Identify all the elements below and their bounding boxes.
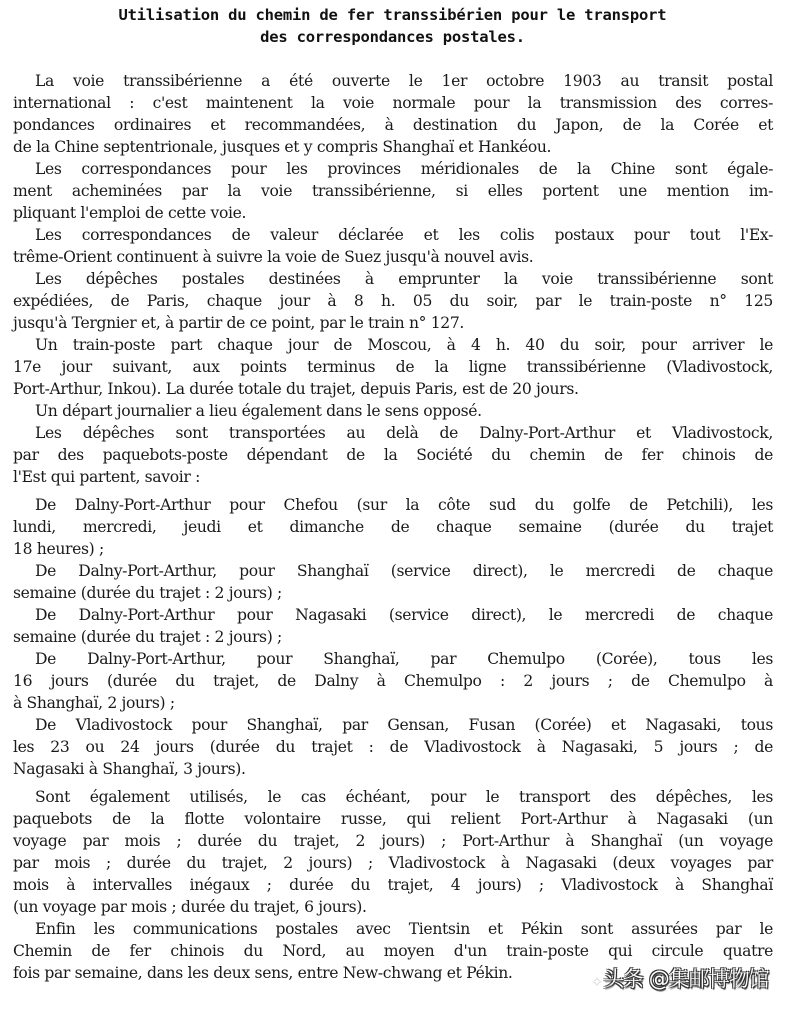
text-line: paquebots de la flotte volontaire russe,… <box>13 808 773 830</box>
text-line: pondances ordinaires et recommandées, à … <box>13 114 773 136</box>
text-line: Les correspondances pour les provinces m… <box>13 158 773 180</box>
text-line: La voie transsibérienne a été ouverte le… <box>13 70 773 92</box>
title-line-2: des correspondances postales. <box>0 26 785 48</box>
text-line: lundi, mercredi, jeudi et dimanche de ch… <box>13 516 773 538</box>
watermark-text: 头条 @集邮博物馆 <box>603 967 769 991</box>
text-line: Les dépêches postales destinées à emprun… <box>13 268 773 290</box>
text-line: De Dalny-Port-Arthur, pour Shanghaï (ser… <box>13 560 773 582</box>
text-line: Un départ journalier a lieu également da… <box>13 400 773 422</box>
text-line: par des paquebots-poste dépendant de la … <box>13 444 773 466</box>
text-line: mois à intervalles inégaux ; durée du tr… <box>13 874 773 896</box>
text-line: voyage par mois ; durée du trajet, 2 jou… <box>13 830 773 852</box>
text-line: De Vladivostock pour Shanghaï, par Gensa… <box>13 714 773 736</box>
text-line: expédiées, de Paris, chaque jour à 8 h. … <box>13 290 773 312</box>
title-line-1: Utilisation du chemin de fer transsibéri… <box>0 4 785 26</box>
text-line: Sont également utilisés, le cas échéant,… <box>13 786 773 808</box>
text-line: semaine (durée du trajet : 2 jours) ; <box>13 582 773 604</box>
text-line: l'Est qui partent, savoir : <box>13 466 773 488</box>
text-line: De Dalny-Port-Arthur pour Chefou (sur la… <box>13 494 773 516</box>
text-line: De Dalny-Port-Arthur, pour Shanghaï, par… <box>13 648 773 670</box>
document-title: Utilisation du chemin de fer transsibéri… <box>0 4 785 48</box>
text-line: (un voyage par mois ; durée du trajet, 6… <box>13 896 773 918</box>
text-line: Port-Arthur, Inkou). La durée totale du … <box>13 378 773 400</box>
text-line: 17e jour suivant, aux points terminus de… <box>13 356 773 378</box>
text-line: trême-Orient continuent à suivre la voie… <box>13 246 773 268</box>
watermark: ✦头条 @集邮博物馆 <box>592 963 769 993</box>
document-body: La voie transsibérienne a été ouverte le… <box>13 70 773 984</box>
text-line: jusqu'à Tergnier et, à partir de ce poin… <box>13 312 773 334</box>
toutiao-logo-icon: ✦ <box>592 975 601 989</box>
text-line: Un train-poste part chaque jour de Mosco… <box>13 334 773 356</box>
text-line: Les correspondances de valeur déclarée e… <box>13 224 773 246</box>
text-line: Nagasaki à Shanghaï, 3 jours). <box>13 758 773 780</box>
text-line: par mois ; durée du trajet, 2 jours) ; V… <box>13 852 773 874</box>
text-line: 16 jours (durée du trajet, de Dalny à Ch… <box>13 670 773 692</box>
text-line: Chemin de fer chinois du Nord, au moyen … <box>13 940 773 962</box>
text-line: ment acheminées par la voie transsibérie… <box>13 180 773 202</box>
text-line: Enfin les communications postales avec T… <box>13 918 773 940</box>
text-line: de la Chine septentrionale, jusques et y… <box>13 136 773 158</box>
text-line: à Shanghaï, 2 jours) ; <box>13 692 773 714</box>
text-line: 18 heures) ; <box>13 538 773 560</box>
text-line: semaine (durée du trajet : 2 jours) ; <box>13 626 773 648</box>
text-line: international : c'est maintenent la voie… <box>13 92 773 114</box>
text-line: De Dalny-Port-Arthur pour Nagasaki (serv… <box>13 604 773 626</box>
text-line: les 23 ou 24 jours (durée du trajet : de… <box>13 736 773 758</box>
text-line: pliquant l'emploi de cette voie. <box>13 202 773 224</box>
text-line: Les dépêches sont transportées au delà d… <box>13 422 773 444</box>
